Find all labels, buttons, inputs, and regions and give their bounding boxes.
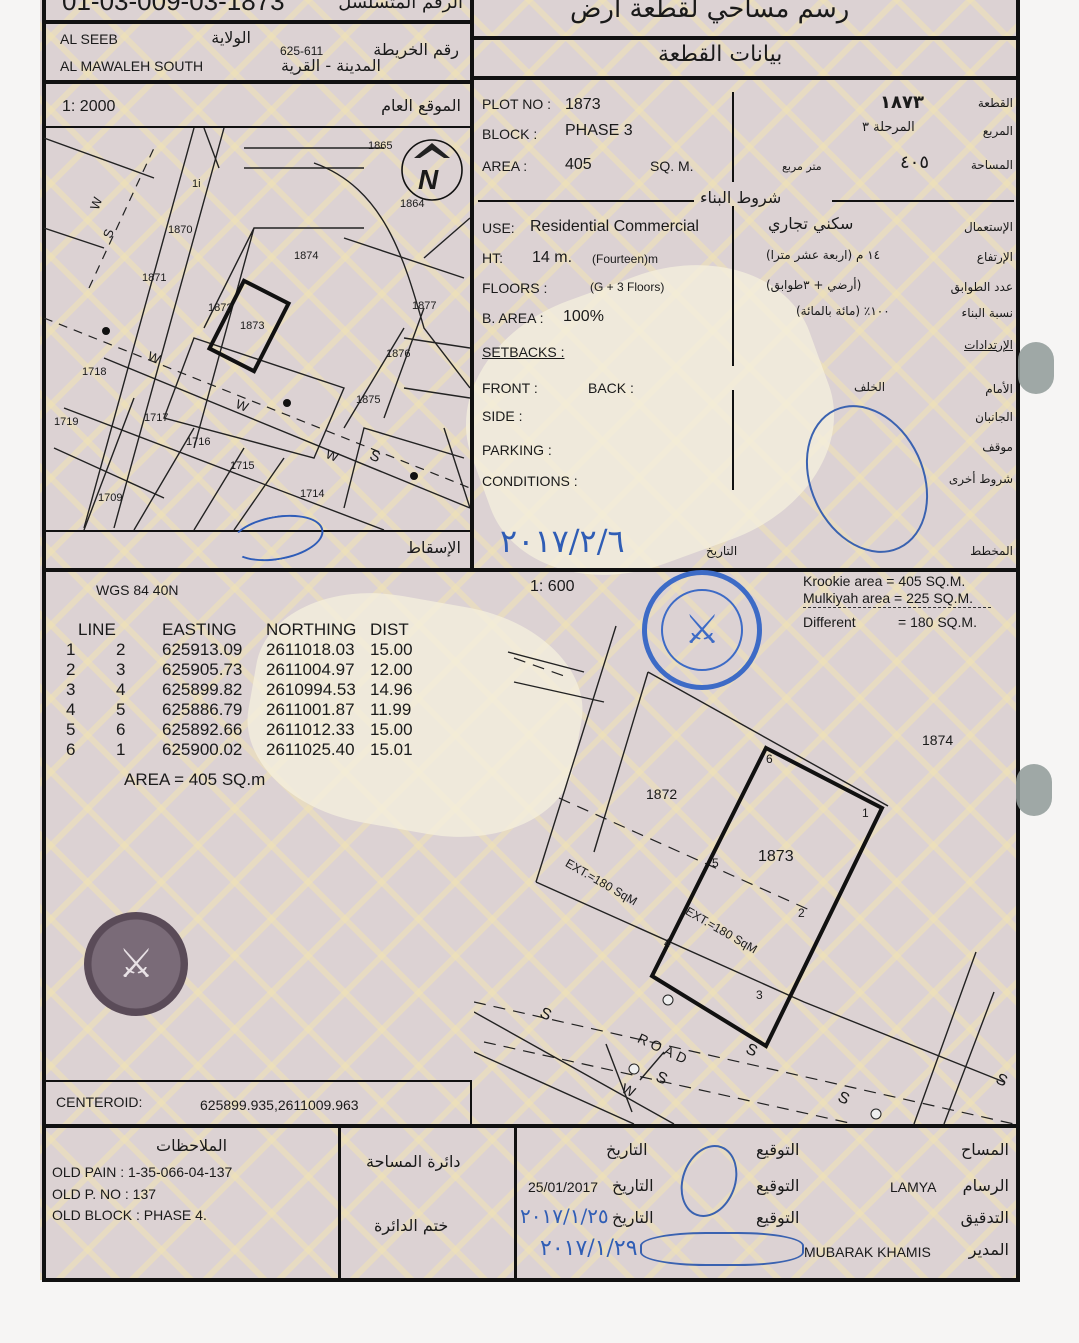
table-cell: 625913.09 [162,640,266,660]
conditions-label: CONDITIONS : [482,473,578,489]
date-ar-label: التاريخ [706,544,737,558]
setbacks-label: SETBACKS : [482,344,564,360]
table-cell: 15.00 [370,640,419,660]
table-cell: 2611012.33 [266,720,370,740]
building-area-ar-label: نسبة البناء [962,306,1013,320]
table-cell: 625892.66 [162,720,266,740]
centeroid-label: CENTEROID: [56,1094,142,1110]
table-cell: 14.96 [370,680,419,700]
table-cell: 3 [66,680,116,700]
use-label: USE: [482,220,515,236]
drafter-name: LAMYA [890,1179,936,1195]
divider [732,390,734,490]
document-title: رسم مساحي لقطعة أرض [570,0,849,24]
director-name: MUBARAK KHAMIS [804,1244,931,1260]
vertex-label: 5 [712,856,719,870]
map-plot-label: 1870 [168,224,192,236]
height-value: 14 m. [532,249,572,267]
divider [474,36,1020,40]
height-ar-label: الإرتفاع [977,250,1013,264]
table-cell: 4 [116,680,162,700]
table-cell: 1 [116,740,162,760]
map-plot-label: 1877 [412,300,436,312]
area-total: AREA = 405 SQ.m [124,770,265,790]
table-cell: 625905.73 [162,660,266,680]
floors-value: (G + 3 Floors) [590,280,664,294]
table-cell: 2611004.97 [266,660,370,680]
map-plot-label: 1719 [54,416,78,428]
area-unit-ar: متر مربع [782,160,822,173]
role-label: المدير [969,1240,1009,1259]
column-header: DIST [370,620,419,640]
table-cell: 2611018.03 [266,640,370,660]
table-cell: 5 [66,720,116,740]
side-ar-label: الجانبان [975,410,1013,424]
map-plot-label: 1873 [240,320,264,332]
block-value: PHASE 3 [565,122,633,140]
survey-department: دائرة المساحة [366,1152,461,1171]
date-label: التاريخ [612,1208,654,1227]
table-row: 34625899.822610994.5314.96 [66,680,419,700]
parking-label: PARKING : [482,442,552,458]
table-cell: 5 [116,700,162,720]
back-ar-label: الخلف [854,380,885,394]
front-label: FRONT : [482,380,538,396]
divider [732,206,734,366]
table-cell: 6 [66,740,116,760]
building-area-label: B. AREA : [482,310,543,326]
plot-no-label: PLOT NO : [482,96,551,112]
building-area-value: 100% [563,308,604,326]
height-label: HT: [482,250,503,266]
survey-drawing [474,572,1020,1124]
centeroid-value: 625899.935,2611009.963 [200,1097,359,1113]
column-header: EASTING [162,620,266,640]
map-plot-label: 1876 [386,348,410,360]
drawing-plot-label: 1874 [922,732,953,748]
handwritten-checker-date: ٢٠١٧/١/٢٥ [520,1204,609,1228]
director-signature [640,1232,804,1266]
table-cell: 11.99 [370,700,419,720]
table-row: 45625886.792611001.8711.99 [66,700,419,720]
table-cell: 1 [66,640,116,660]
area-label: AREA : [482,158,527,174]
block-ar-value: المرحلة ٣ [862,120,915,135]
map-plot-label: 1709 [98,492,122,504]
wilayat-label: الولاية [211,28,251,47]
handwritten-director-date: ٢٠١٧/١/٢٩ [540,1236,638,1261]
table-row: 61625900.022611025.4015.01 [66,740,419,760]
divider [514,1124,517,1280]
use-value: Residential Commercial [530,218,699,236]
date-label: التاريخ [606,1140,648,1159]
map-number-label: رقم الخريطة [373,40,459,59]
divider [338,1124,341,1280]
map-plot-label: 1715 [230,460,254,472]
floors-label: FLOORS : [482,280,547,296]
table-cell: 625899.82 [162,680,266,700]
vertex-label: 4 [664,936,671,950]
map-plot-label: 1864 [400,198,424,210]
remark-line: OLD PAIN : 1-35-066-04-137 [52,1164,232,1180]
building-area-ar-value: ١٠٠٪ (مائة بالمائة) [796,304,890,318]
table-cell: 15.00 [370,720,419,740]
department-stamp: ختم الدائرة [374,1216,448,1235]
drawing-plot-label: 1872 [646,786,677,802]
map-plot-label: 1718 [82,366,106,378]
plot-no-ar-value: ١٨٧٣ [880,92,924,113]
town-value: AL MAWALEH SOUTH [60,58,203,74]
block-label: BLOCK : [482,126,537,142]
drafter-date: 25/01/2017 [528,1179,598,1195]
map-plot-label: 1716 [186,436,210,448]
planner-ar-label: المخطط [970,544,1013,558]
height-words: (Fourteen)m [592,252,658,266]
area-unit: SQ. M. [650,158,694,174]
back-label: BACK : [588,380,634,396]
area-value: 405 [565,156,592,174]
table-cell: 6 [116,720,162,740]
floors-ar-label: عدد الطوابق [951,280,1013,294]
remark-line: OLD BLOCK : PHASE 4. [52,1207,207,1223]
column-header: NORTHING [266,620,370,640]
location-scale: 1: 2000 [62,98,115,116]
map-plot-label: 1714 [300,488,324,500]
table-cell: 2 [116,640,162,660]
table-cell: 4 [66,700,116,720]
map-plot-label: 1874 [294,250,318,262]
vertex-label: 6 [766,752,773,766]
plot-no-value: 1873 [565,96,601,114]
map-plot-label: 1875 [356,394,380,406]
projection-label: الإسقاط [406,538,461,557]
divider [732,92,734,182]
north-arrow-icon: N [418,164,438,196]
table-cell: 2611001.87 [266,700,370,720]
serial-number: 01-03-009-03-1873 [62,0,285,17]
map-plot-label: 1717 [144,412,168,424]
use-ar-label: الإستعمال [964,220,1013,234]
vertex-label: 2 [798,906,805,920]
remark-line: OLD P. NO : 137 [52,1186,156,1202]
height-ar-value: ١٤ م (اربعة عشر مترا) [766,248,880,262]
date-label: التاريخ [612,1176,654,1195]
vertex-label: 1 [862,806,869,820]
binder-tab [1018,342,1054,394]
table-cell: 2611025.40 [266,740,370,760]
parking-ar-label: موقف [982,440,1013,454]
divider [42,80,474,84]
table-cell: 2610994.53 [266,680,370,700]
town-label: المدينة - القرية [281,56,381,75]
table-cell: 625886.79 [162,700,266,720]
divider [470,0,474,570]
table-cell: 15.01 [370,740,419,760]
hologram-seal-icon: ⚔ [84,912,188,1016]
table-row: 12625913.092611018.0315.00 [66,640,419,660]
signature-label: التوقيع [756,1176,799,1195]
map-plot-label: 1871 [142,272,166,284]
plot-data-title: بيانات القطعة [658,42,782,67]
serial-label: الرقم المتسلسل [338,0,463,13]
front-ar-label: الأمام [985,382,1013,396]
drawing-plot-label: 1873 [758,848,794,866]
signature-label: التوقيع [756,1208,799,1227]
table-cell: 3 [116,660,162,680]
table-cell: 2 [66,660,116,680]
table-row: 23625905.732611004.9712.00 [66,660,419,680]
block-ar-label: المربع [983,124,1013,138]
use-ar-value: سكني تجاري [768,214,853,233]
map-plot-label: 1i [192,178,201,190]
floors-ar-value: (أرضي + ٣طوابق) [766,278,861,292]
divider [42,20,474,24]
area-ar-value: ٤٠٥ [900,152,929,173]
side-label: SIDE : [482,408,522,424]
coordinates-table: LINE EASTING NORTHING DIST 12625913.0926… [66,620,419,760]
divider [478,200,694,202]
remarks-title: الملاحظات [156,1136,227,1155]
signature-label: التوقيع [756,1140,799,1159]
area-ar-label: المساحة [971,158,1013,172]
conditions-ar-label: شروط أخرى [949,472,1013,486]
binder-tab [1016,764,1052,816]
divider [832,200,1014,202]
location-title: الموقع العام [381,96,461,115]
table-cell: 625900.02 [162,740,266,760]
vertex-label: 3 [756,988,763,1002]
table-row: 56625892.662611012.3315.00 [66,720,419,740]
plot-no-ar-label: القطعة [978,96,1013,110]
role-label: الرسام [963,1176,1009,1195]
column-header: LINE [66,620,162,640]
building-conditions-title: شروط البناء [700,188,781,207]
role-label: المساح [961,1140,1009,1159]
table-cell: 12.00 [370,660,419,680]
map-plot-label: 1865 [368,140,392,152]
map-plot-label: 1872 [208,302,232,314]
setbacks-ar-label: الإرتدادات [964,338,1013,352]
handwritten-date: ٢٠١٧/٢/٦ [500,522,625,560]
wilayat-value: AL SEEB [60,31,118,47]
divider [474,76,1020,80]
role-label: التدقيق [961,1208,1009,1227]
datum-label: WGS 84 40N [96,582,178,598]
